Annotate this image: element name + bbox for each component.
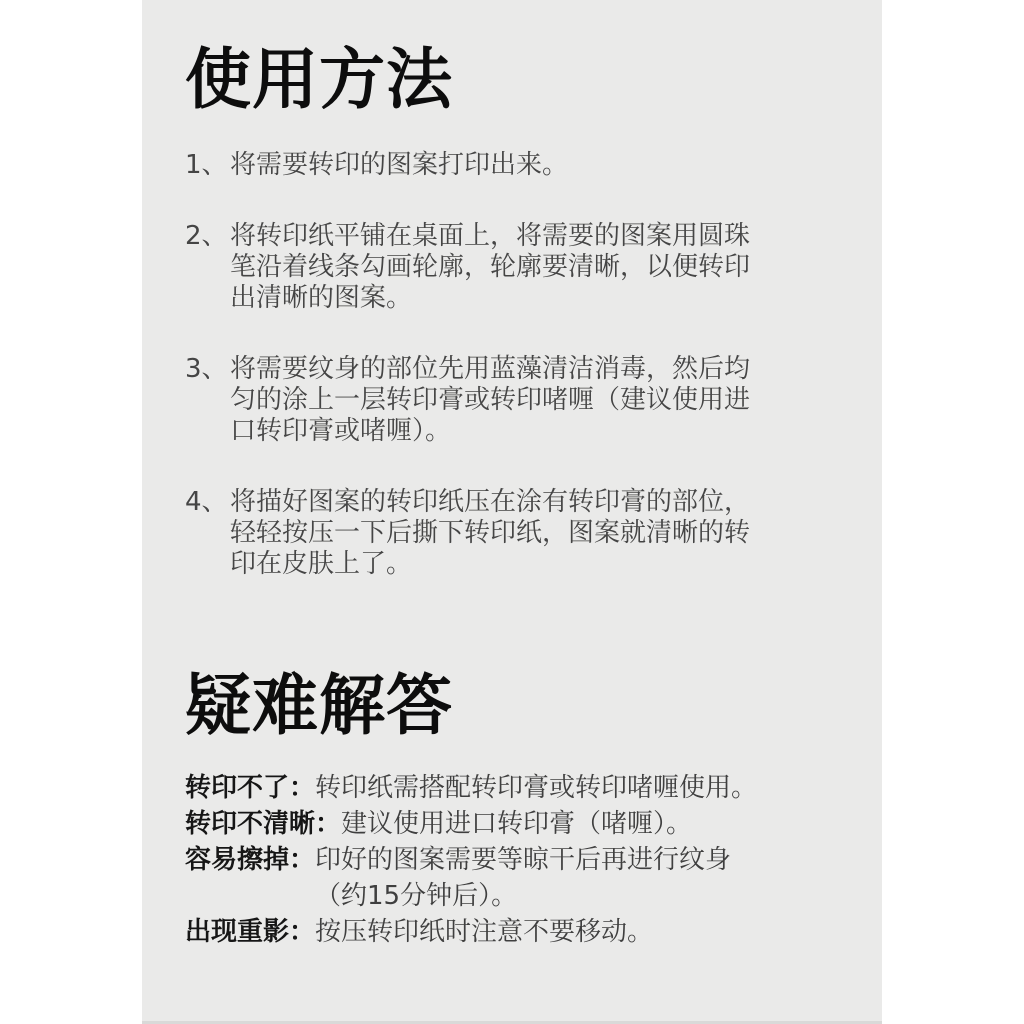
- usage-step-number: 1、: [185, 150, 230, 181]
- faq-item-text: 按压转印纸时注意不要移动。: [315, 914, 653, 950]
- faq-list: 转印不了： 转印纸需搭配转印膏或转印啫喱使用。 转印不清晰： 建议使用进口转印膏…: [185, 770, 846, 950]
- faq-item: 出现重影： 按压转印纸时注意不要移动。: [185, 914, 846, 950]
- usage-step-item: 1、 将需要转印的图案打印出来。: [185, 150, 846, 181]
- faq-item: 容易擦掉： 印好的图案需要等晾干后再进行纹身 （约15分钟后）。: [185, 842, 846, 914]
- usage-step-item: 3、 将需要纹身的部位先用蓝藻清洁消毒，然后均 匀的涂上一层转印膏或转印啫喱（建…: [185, 354, 846, 447]
- usage-step-item: 4、 将描好图案的转印纸压在涂有转印膏的部位， 轻轻按压一下后撕下转印纸，图案就…: [185, 487, 846, 580]
- faq-item-text: 建议使用进口转印膏（啫喱）。: [341, 806, 692, 842]
- usage-section-title: 使用方法: [185, 0, 846, 114]
- faq-item: 转印不清晰： 建议使用进口转印膏（啫喱）。: [185, 806, 846, 842]
- usage-step-item: 2、 将转印纸平铺在桌面上，将需要的图案用圆珠 笔沿着线条勾画轮廓，轮廓要清晰，…: [185, 221, 846, 314]
- usage-steps-list: 1、 将需要转印的图案打印出来。 2、 将转印纸平铺在桌面上，将需要的图案用圆珠…: [185, 150, 846, 580]
- usage-step-text: 将需要纹身的部位先用蓝藻清洁消毒，然后均 匀的涂上一层转印膏或转印啫喱（建议使用…: [230, 354, 846, 447]
- usage-step-number: 2、: [185, 221, 230, 314]
- instruction-panel: 使用方法 1、 将需要转印的图案打印出来。 2、 将转印纸平铺在桌面上，将需要的…: [142, 0, 882, 1024]
- faq-section-title: 疑难解答: [185, 672, 846, 740]
- usage-step-text: 将转印纸平铺在桌面上，将需要的图案用圆珠 笔沿着线条勾画轮廓，轮廓要清晰，以便转…: [230, 221, 846, 314]
- faq-item-label: 转印不了：: [185, 770, 315, 806]
- faq-item-text: 转印纸需搭配转印膏或转印啫喱使用。: [315, 770, 757, 806]
- faq-item-label: 转印不清晰：: [185, 806, 341, 842]
- usage-step-text: 将需要转印的图案打印出来。: [230, 150, 846, 181]
- faq-item-label: 容易擦掉：: [185, 842, 315, 914]
- page-canvas: 使用方法 1、 将需要转印的图案打印出来。 2、 将转印纸平铺在桌面上，将需要的…: [0, 0, 1024, 1024]
- faq-item-text: 印好的图案需要等晾干后再进行纹身 （约15分钟后）。: [315, 842, 731, 914]
- usage-step-number: 4、: [185, 487, 230, 580]
- usage-step-text: 将描好图案的转印纸压在涂有转印膏的部位， 轻轻按压一下后撕下转印纸，图案就清晰的…: [230, 487, 846, 580]
- faq-item-label: 出现重影：: [185, 914, 315, 950]
- faq-item: 转印不了： 转印纸需搭配转印膏或转印啫喱使用。: [185, 770, 846, 806]
- usage-step-number: 3、: [185, 354, 230, 447]
